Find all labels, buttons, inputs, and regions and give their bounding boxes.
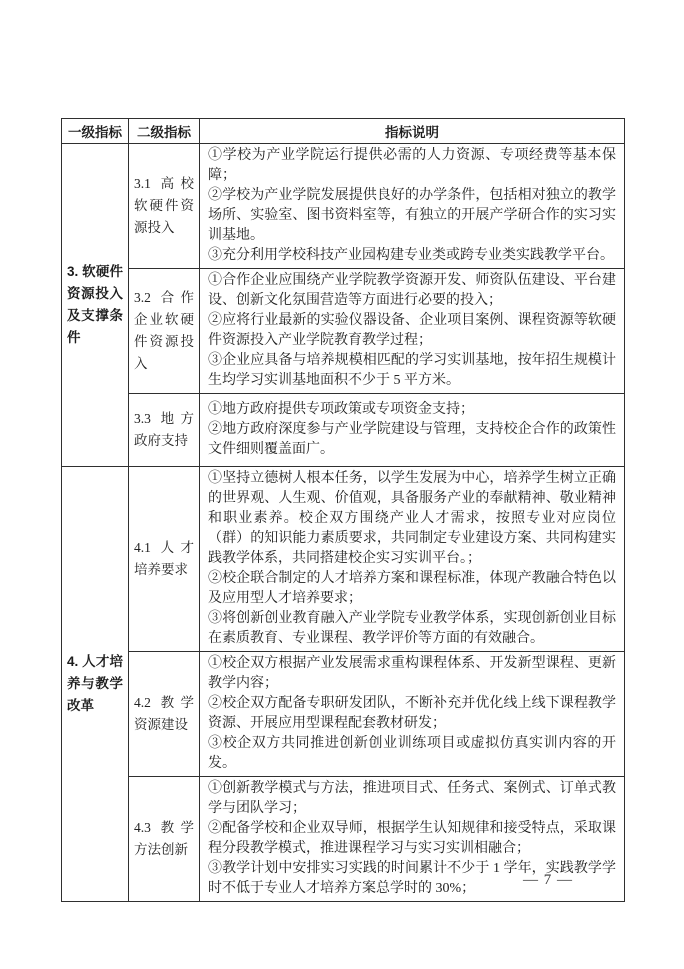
header-level1-indicator: 一级指标 — [62, 119, 129, 144]
level2-indicator-cell: 4.3 教学方法创新 — [129, 777, 200, 902]
level1-indicator-cell: 3. 软硬件资源投入及支撑条件 — [62, 144, 129, 467]
table-row: 3.2 合作企业软硬件资源投入 ①合作企业应围绕产业学院教学资源开发、师资队伍建… — [62, 269, 625, 394]
table-row: 3.3 地方政府支持 ①地方政府提供专项政策或专项资金支持； ②地方政府深度参与… — [62, 394, 625, 467]
description-item: ①学校为产业学院运行提供必需的人力资源、专项经费等基本保障； — [208, 146, 616, 186]
level2-indicator-cell: 3.1 高校软硬件资源投入 — [129, 144, 200, 269]
document-page: 一级指标 二级指标 指标说明 3. 软硬件资源投入及支撑条件 3.1 高校软硬件… — [0, 0, 684, 969]
page-number: — 7 — — [512, 872, 584, 889]
description-item: ①坚持立德树人根本任务，以学生发展为中心，培养学生树立正确的世界观、人生观、价值… — [208, 469, 616, 569]
description-item: ②配备学校和企业双导师，根据学生认知规律和接受特点，采取课程分段教学模式，推进课… — [208, 819, 616, 859]
level1-indicator-cell: 4. 人才培养与教学改革 — [62, 467, 129, 902]
description-item: ①地方政府提供专项政策或专项资金支持； — [208, 400, 616, 420]
header-level2-indicator: 二级指标 — [129, 119, 200, 144]
level2-indicator-cell: 3.3 地方政府支持 — [129, 394, 200, 467]
header-indicator-description: 指标说明 — [200, 119, 625, 144]
level2-indicator-cell: 4.1 人才培养要求 — [129, 467, 200, 652]
description-cell: ①合作企业应围绕产业学院教学资源开发、师资队伍建设、平台建设、创新文化氛围营造等… — [200, 269, 625, 394]
description-item: ①创新教学模式与方法，推进项目式、任务式、案例式、订单式教学与团队学习； — [208, 779, 616, 819]
description-item: ②应将行业最新的实验仪器设备、企业项目案例、课程资源等软硬件资源投入产业学院教育… — [208, 311, 616, 351]
table-row: 4.2 教学资源建设 ①校企双方根据产业发展需求重构课程体系、开发新型课程、更新… — [62, 652, 625, 777]
description-item: ②学校为产业学院发展提供良好的办学条件，包括相对独立的教学场所、实验室、图书资料… — [208, 186, 616, 246]
table-row: 4. 人才培养与教学改革 4.1 人才培养要求 ①坚持立德树人根本任务，以学生发… — [62, 467, 625, 652]
description-item: ②校企联合制定的人才培养方案和课程标准，体现产教融合特色以及应用型人才培养要求； — [208, 569, 616, 609]
description-item: ③企业应具备与培养规模相匹配的学习实训基地，按年招生规模计生均学习实训基地面积不… — [208, 351, 616, 391]
table-row: 3. 软硬件资源投入及支撑条件 3.1 高校软硬件资源投入 ①学校为产业学院运行… — [62, 144, 625, 269]
description-item: ①校企双方根据产业发展需求重构课程体系、开发新型课程、更新教学内容； — [208, 654, 616, 694]
description-item: ③校企双方共同推进创新创业训练项目或虚拟仿真实训内容的开发。 — [208, 734, 616, 774]
description-item: ②地方政府深度参与产业学院建设与管理，支持校企合作的政策性文件细则覆盖面广。 — [208, 420, 616, 460]
table-header-row: 一级指标 二级指标 指标说明 — [62, 119, 625, 144]
description-item: ①合作企业应围绕产业学院教学资源开发、师资队伍建设、平台建设、创新文化氛围营造等… — [208, 271, 616, 311]
description-cell: ①学校为产业学院运行提供必需的人力资源、专项经费等基本保障； ②学校为产业学院发… — [200, 144, 625, 269]
description-cell: ①地方政府提供专项政策或专项资金支持； ②地方政府深度参与产业学院建设与管理，支… — [200, 394, 625, 467]
level2-indicator-cell: 3.2 合作企业软硬件资源投入 — [129, 269, 200, 394]
description-item: ②校企双方配备专职研发团队，不断补充并优化线上线下课程教学资源、开展应用型课程配… — [208, 694, 616, 734]
description-cell: ①坚持立德树人根本任务，以学生发展为中心，培养学生树立正确的世界观、人生观、价值… — [200, 467, 625, 652]
level2-indicator-cell: 4.2 教学资源建设 — [129, 652, 200, 777]
description-item: ③将创新创业教育融入产业学院专业教学体系，实现创新创业目标在素质教育、专业课程、… — [208, 609, 616, 649]
description-cell: ①校企双方根据产业发展需求重构课程体系、开发新型课程、更新教学内容； ②校企双方… — [200, 652, 625, 777]
description-item: ③充分利用学校科技产业园构建专业类或跨专业类实践教学平台。 — [208, 246, 616, 266]
indicator-table: 一级指标 二级指标 指标说明 3. 软硬件资源投入及支撑条件 3.1 高校软硬件… — [61, 118, 625, 902]
